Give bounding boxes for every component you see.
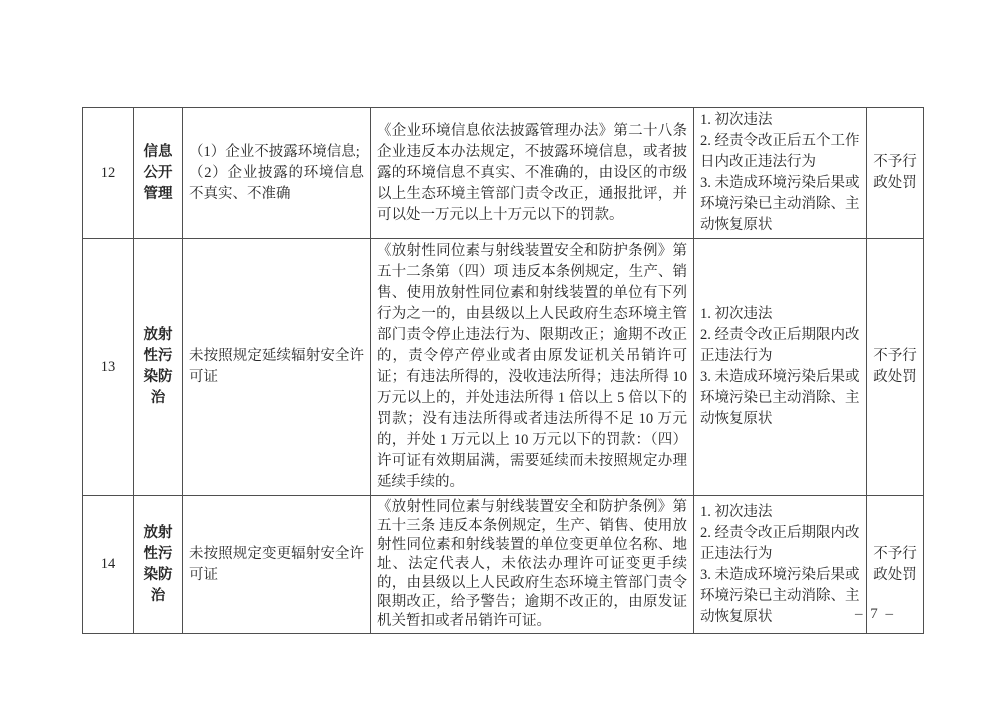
violation-cell: 未按照规定变更辐射安全许可证 [183, 496, 371, 634]
document-page: 12 信息公开管理 （1）企业不披露环境信息; （2）企业披露的环境信息不真实、… [0, 0, 1000, 706]
row-number: 14 [83, 496, 134, 634]
page-number: – 7 – [855, 606, 895, 623]
table-row: 12 信息公开管理 （1）企业不披露环境信息; （2）企业披露的环境信息不真实、… [83, 108, 924, 239]
penalty-table: 12 信息公开管理 （1）企业不披露环境信息; （2）企业披露的环境信息不真实、… [82, 107, 924, 634]
category-cell: 放射性污染防治 [134, 496, 183, 634]
decision-cell: 不予行政处罚 [867, 239, 924, 496]
legal-basis-cell: 《企业环境信息依法披露管理办法》第二十八条 企业违反本办法规定，不披露环境信息，… [371, 108, 694, 239]
legal-basis-cell: 《放射性同位素与射线装置安全和防护条例》第五十二条第（四）项 违反本条例规定，生… [371, 239, 694, 496]
category-cell: 信息公开管理 [134, 108, 183, 239]
category-cell: 放射性污染防治 [134, 239, 183, 496]
conditions-cell: 1. 初次违法 2. 经责令改正后期限内改正违法行为 3. 未造成环境污染后果或… [694, 496, 867, 634]
legal-basis-cell: 《放射性同位素与射线装置安全和防护条例》第五十三条 违反本条例规定，生产、销售、… [371, 496, 694, 634]
table-row: 14 放射性污染防治 未按照规定变更辐射安全许可证 《放射性同位素与射线装置安全… [83, 496, 924, 634]
row-number: 12 [83, 108, 134, 239]
violation-cell: 未按照规定延续辐射安全许可证 [183, 239, 371, 496]
table-row: 13 放射性污染防治 未按照规定延续辐射安全许可证 《放射性同位素与射线装置安全… [83, 239, 924, 496]
conditions-cell: 1. 初次违法 2. 经责令改正后期限内改正违法行为 3. 未造成环境污染后果或… [694, 239, 867, 496]
row-number: 13 [83, 239, 134, 496]
decision-cell: 不予行政处罚 [867, 108, 924, 239]
conditions-cell: 1. 初次违法 2. 经责令改正后五个工作日内改正违法行为 3. 未造成环境污染… [694, 108, 867, 239]
violation-cell: （1）企业不披露环境信息; （2）企业披露的环境信息不真实、不准确 [183, 108, 371, 239]
